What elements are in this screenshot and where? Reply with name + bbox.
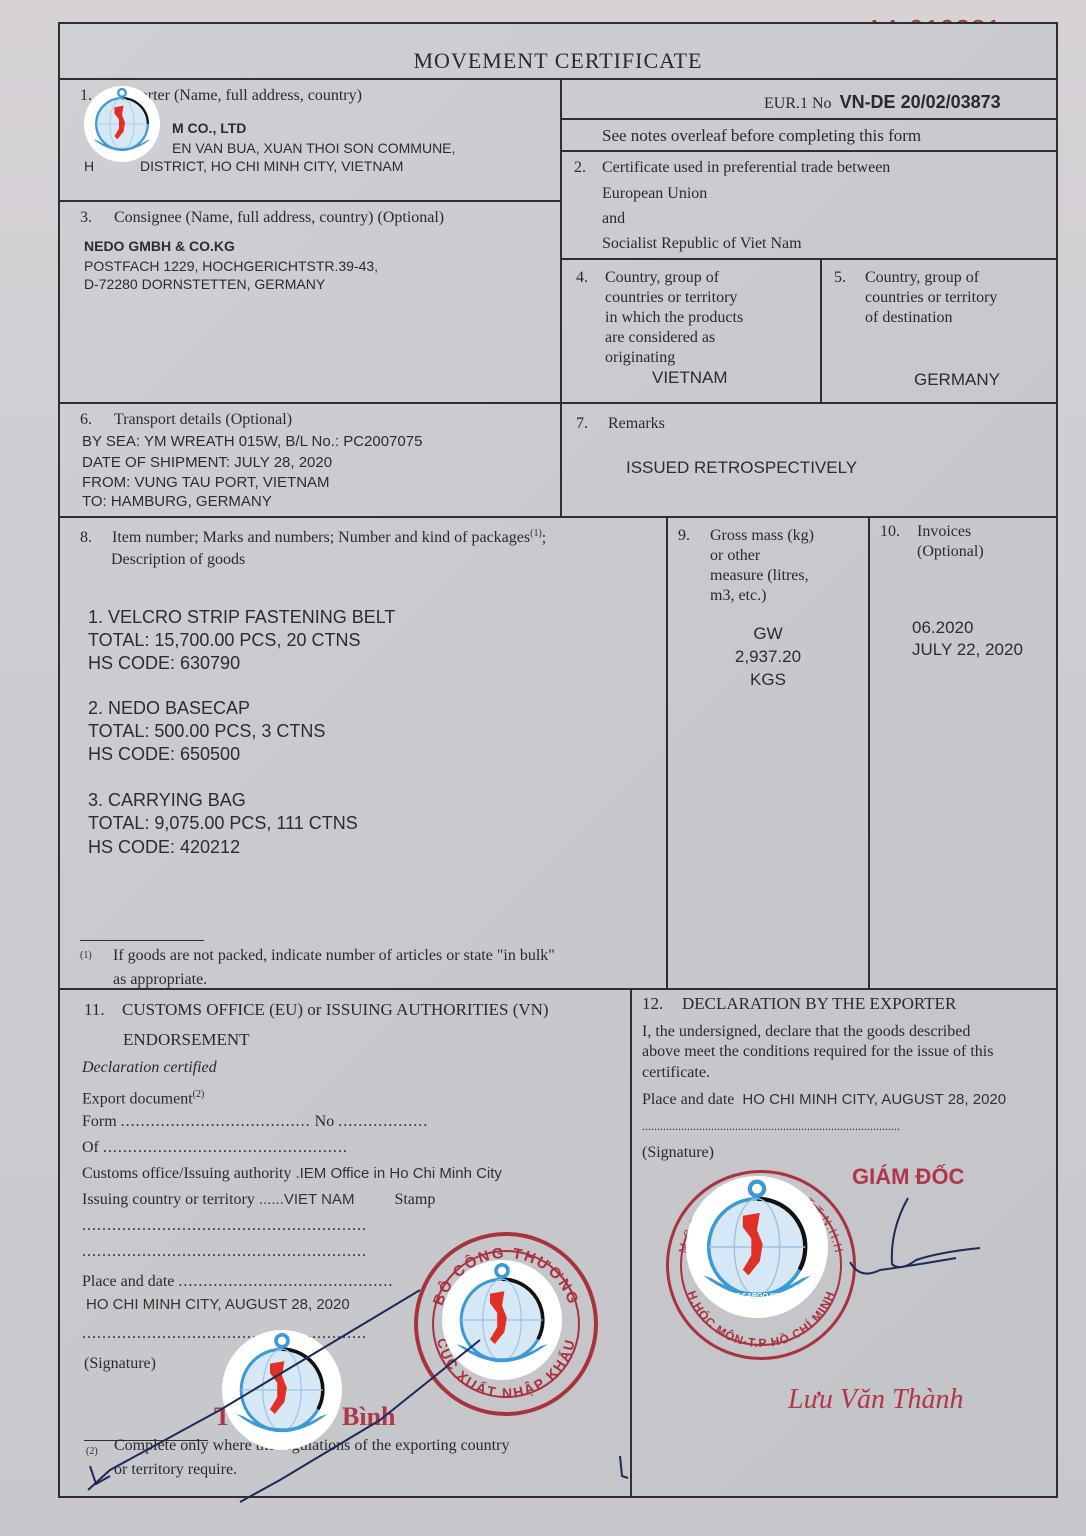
consignee-label: 3.Consignee (Name, full address, country… xyxy=(80,208,444,228)
item-3-name: 3. CARRYING BAG xyxy=(88,789,246,812)
divider xyxy=(666,516,668,988)
declaration-label: 12.DECLARATION BY THE EXPORTER xyxy=(642,994,956,1014)
box5-label-2: countries or territory xyxy=(865,288,997,308)
origin-country-value: VIETNAM xyxy=(652,366,728,389)
box5-label-3: of destination xyxy=(865,308,953,328)
divider xyxy=(58,516,1058,518)
transport-line-2: DATE OF SHIPMENT: JULY 28, 2020 xyxy=(82,453,332,473)
exporter-signature-stroke xyxy=(820,1190,1000,1300)
box4-number: 4. xyxy=(576,268,588,288)
exporter-signer-name: Lưu Văn Thành xyxy=(788,1384,964,1416)
exporter-address-line1: EN VAN BUA, XUAN THOI SON COMMUNE, xyxy=(172,138,455,158)
exporter-name: M CO., LTD xyxy=(172,118,246,138)
box4-label-4: are considered as xyxy=(605,328,715,348)
of-field: Of .....................................… xyxy=(82,1138,348,1158)
exporter-address-prefix: H xyxy=(84,156,94,176)
box10-label-1: Invoices xyxy=(917,522,971,542)
signer-title: GIÁM ĐỐC xyxy=(852,1164,964,1190)
box4-label-2: countries or territory xyxy=(605,288,737,308)
customs-office-field: Customs office/Issuing authority .IEM Of… xyxy=(82,1164,502,1184)
divider xyxy=(560,78,562,518)
item-3-hs: HS CODE: 420212 xyxy=(88,836,240,859)
box4-label-1: Country, group of xyxy=(605,268,719,288)
form-field: Form ...................................… xyxy=(82,1112,428,1132)
page-title: MOVEMENT CERTIFICATE xyxy=(58,48,1058,74)
divider xyxy=(560,118,1058,120)
box10-number: 10. xyxy=(880,522,900,542)
gross-mass-type: GW xyxy=(668,622,868,645)
box9-label-2: or other xyxy=(710,546,760,566)
customs-label-line1: 11.CUSTOMS OFFICE (EU) or ISSUING AUTHOR… xyxy=(84,1000,549,1020)
item-2-total: TOTAL: 500.00 PCS, 3 CTNS xyxy=(88,720,325,743)
divider xyxy=(58,78,1058,80)
declaration-signature-label: (Signature) xyxy=(642,1143,714,1163)
box5-number: 5. xyxy=(834,268,846,288)
box2-party1: European Union xyxy=(602,184,707,204)
eur1-number: EUR.1 NoVN-DE 20/02/03873 xyxy=(764,92,1001,114)
destination-country-value: GERMANY xyxy=(914,368,1000,391)
box9-label-3: measure (litres, xyxy=(710,566,809,586)
item-3-total: TOTAL: 9,075.00 PCS, 111 CTNS xyxy=(88,812,358,835)
divider xyxy=(58,988,1058,990)
orient-cargo-logo-icon xyxy=(84,86,160,162)
svg-text:ORIENT CARGO SERVICE: ORIENT CARGO SERVICE xyxy=(713,1292,801,1300)
footnote-1-mark: (1) xyxy=(80,946,92,966)
item-2-hs: HS CODE: 650500 xyxy=(88,743,240,766)
consignee-address-line1: POSTFACH 1229, HOCHGERICHTSTR.39-43, xyxy=(84,256,378,276)
consignee-name: NEDO GMBH & CO.KG xyxy=(84,236,235,256)
remarks-value: ISSUED RETROSPECTIVELY xyxy=(626,458,857,478)
box5-label-1: Country, group of xyxy=(865,268,979,288)
customs-signature-stroke xyxy=(80,1280,640,1510)
box2-label: Certificate used in preferential trade b… xyxy=(602,158,890,178)
box10-label-2: (Optional) xyxy=(917,542,984,562)
footnote-rule xyxy=(80,940,204,941)
box9-label-4: m3, etc.) xyxy=(710,586,766,606)
item-2-name: 2. NEDO BASECAP xyxy=(88,697,250,720)
exporter-address-line2: DISTRICT, HO CHI MINH CITY, VIETNAM xyxy=(140,156,403,176)
item-1-total: TOTAL: 15,700.00 PCS, 20 CTNS xyxy=(88,629,360,652)
blank-line: ........................................… xyxy=(82,1242,367,1262)
transport-line-1: BY SEA: YM WREATH 015W, B/L No.: PC20070… xyxy=(82,432,422,452)
export-document-label: Export document(2) xyxy=(82,1085,204,1109)
box2-number: 2. xyxy=(574,158,586,178)
declaration-text-2: above meet the conditions required for t… xyxy=(642,1042,993,1062)
box2-party2: Socialist Republic of Viet Nam xyxy=(602,234,802,254)
gross-mass-value: 2,937.20 xyxy=(668,645,868,668)
customs-label-line2: ENDORSEMENT xyxy=(123,1030,250,1050)
remarks-label: Remarks xyxy=(608,414,665,434)
divider xyxy=(868,516,870,988)
declaration-text-1: I, the undersigned, declare that the goo… xyxy=(642,1022,970,1042)
divider xyxy=(58,402,1058,404)
declaration-certified: Declaration certified xyxy=(82,1058,217,1078)
transport-line-3: FROM: VUNG TAU PORT, VIETNAM xyxy=(82,473,330,493)
divider xyxy=(820,258,822,404)
box7-number: 7. xyxy=(576,414,588,434)
notes-overleaf: See notes overleaf before completing thi… xyxy=(602,126,921,146)
footnote-1-line2: as appropriate. xyxy=(113,970,207,990)
divider xyxy=(560,150,1058,152)
blank-line: ........................................… xyxy=(82,1216,367,1236)
footnote-1-line1: If goods are not packed, indicate number… xyxy=(113,946,555,966)
box9-number: 9. xyxy=(678,526,690,546)
blank-line: ........................................… xyxy=(642,1116,900,1136)
item-1-name: 1. VELCRO STRIP FASTENING BELT xyxy=(88,606,395,629)
box2-and: and xyxy=(602,209,625,229)
item-1-hs: HS CODE: 630790 xyxy=(88,652,240,675)
invoice-date: JULY 22, 2020 xyxy=(912,638,1023,661)
orient-cargo-logo-icon: ORIENT CARGO SERVICE xyxy=(686,1176,828,1318)
consignee-address-line2: D-72280 DORNSTETTEN, GERMANY xyxy=(84,274,325,294)
divider xyxy=(560,258,1058,260)
declaration-text-3: certificate. xyxy=(642,1063,710,1083)
declaration-place-date: Place and date HO CHI MINH CITY, AUGUST … xyxy=(642,1090,1006,1110)
issuing-country-field: Issuing country or territory ......VIET … xyxy=(82,1190,435,1210)
box9-label-1: Gross mass (kg) xyxy=(710,526,814,546)
goods-label-line1: 8.Item number; Marks and numbers; Number… xyxy=(80,524,546,548)
box4-label-5: originating xyxy=(605,348,675,368)
transport-label: 6.Transport details (Optional) xyxy=(80,410,292,430)
invoice-number: 06.2020 xyxy=(912,616,973,639)
gross-mass-unit: KGS xyxy=(668,668,868,691)
box4-label-3: in which the products xyxy=(605,308,743,328)
goods-label-line2: Description of goods xyxy=(111,550,245,570)
divider xyxy=(58,200,560,202)
transport-line-4: TO: HAMBURG, GERMANY xyxy=(82,492,272,512)
